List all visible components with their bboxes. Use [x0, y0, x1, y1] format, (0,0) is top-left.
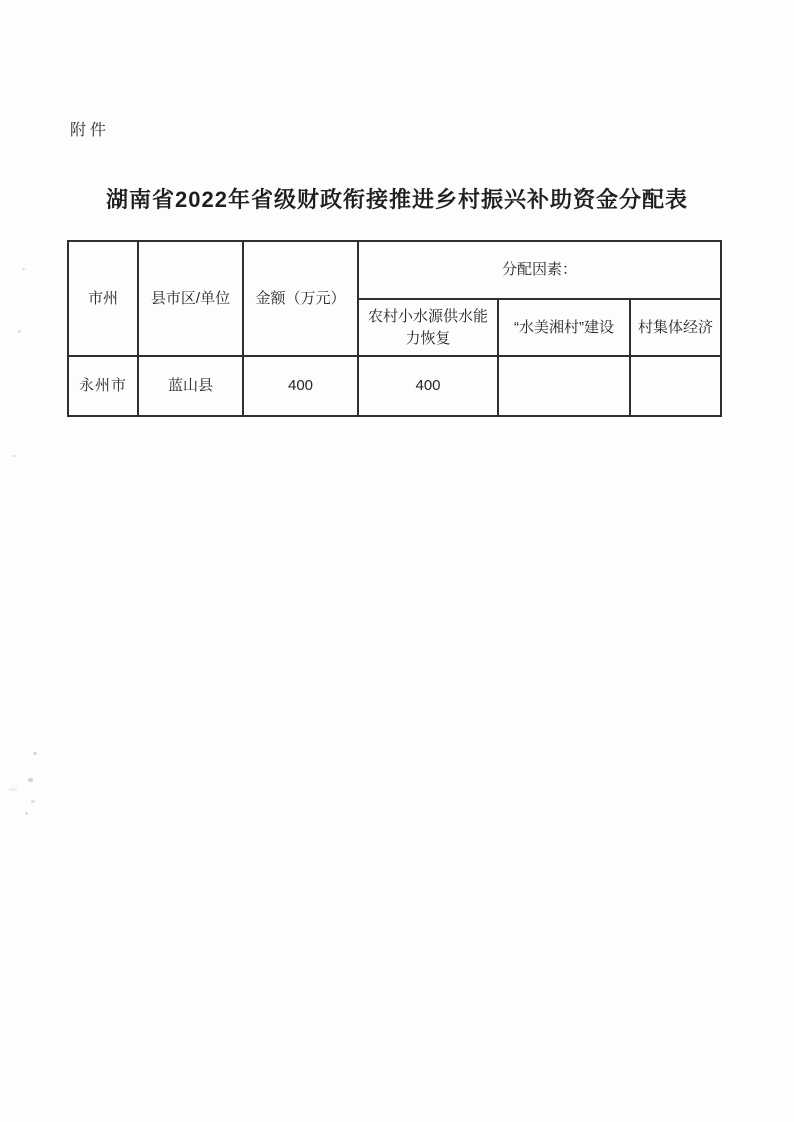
scan-speck: [8, 788, 18, 791]
scan-speck: [28, 778, 33, 782]
header-allocation-factors: 分配因素：: [358, 241, 721, 299]
cell-county: 蓝山县: [138, 356, 243, 416]
attachment-label: 附件: [70, 117, 110, 140]
page-title: 湖南省2022年省级财政衔接推进乡村振兴补助资金分配表: [0, 183, 794, 214]
cell-amount: 400: [243, 356, 358, 416]
allocation-table: 市州 县市区/单位 金额（万元） 分配因素： 农村小水源供水能力恢复 “水美湘村…: [67, 240, 722, 417]
scan-speck: [25, 812, 28, 815]
header-city: 市州: [68, 241, 138, 356]
header-amount: 金额（万元）: [243, 241, 358, 356]
cell-factor-collective-economy: [630, 356, 721, 416]
header-county: 县市区/单位: [138, 241, 243, 356]
header-factor-beautiful-village: “水美湘村”建设: [498, 299, 630, 356]
scan-speck: [33, 752, 37, 755]
cell-factor-beautiful-village: [498, 356, 630, 416]
table-row: 永州市 蓝山县 400 400: [68, 356, 721, 416]
header-factor-collective-economy: 村集体经济: [630, 299, 721, 356]
header-row-top: 市州 县市区/单位 金额（万元） 分配因素：: [68, 241, 721, 299]
scan-speck: [18, 330, 21, 333]
cell-factor-water-supply: 400: [358, 356, 498, 416]
cell-city: 永州市: [68, 356, 138, 416]
scan-speck: [31, 800, 35, 803]
document-page: 附件 湖南省2022年省级财政衔接推进乡村振兴补助资金分配表 市州 县市区/单位…: [0, 0, 794, 1122]
scan-speck: [22, 268, 25, 270]
scan-speck: [12, 455, 16, 457]
header-factor-water-supply: 农村小水源供水能力恢复: [358, 299, 498, 356]
